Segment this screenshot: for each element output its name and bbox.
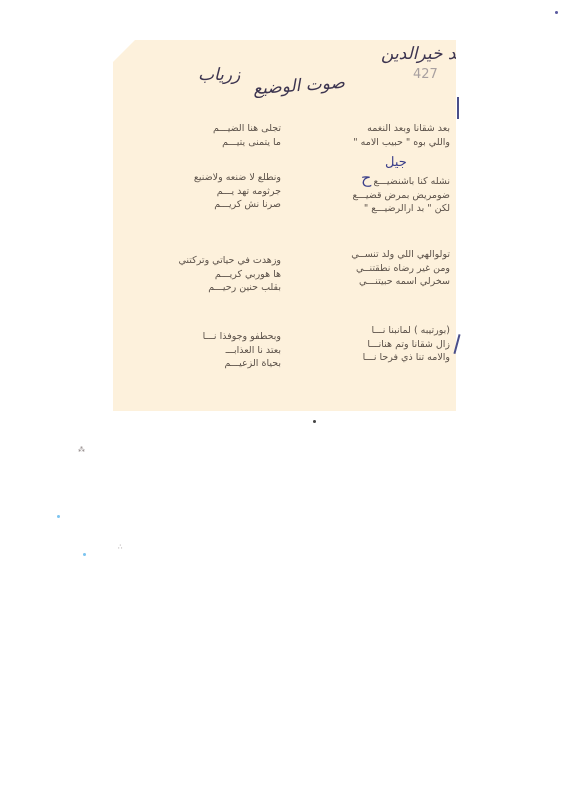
verse-line: ومن غير رضاه نطقتنــي: [351, 262, 450, 276]
right-stanza-3: تولوالهي اللي ولد تنســي ومن غير رضاه نط…: [351, 248, 450, 289]
inserted-word-annotation: جيل: [385, 155, 407, 170]
verse-line: ها هوربي كريـــم: [179, 268, 281, 282]
left-stanza-2: ونطلع لا ضنعه ولاضنيع جرثومه تهد يـــم ص…: [194, 171, 281, 212]
song-title: صوت الوضيع: [252, 73, 345, 99]
verse-line: واللي بوه " حبيب الامه ": [353, 136, 450, 150]
reference-number: 427: [413, 67, 438, 82]
verse-line: بعد شقانا وبعد النغمه: [353, 122, 450, 136]
verse-line: لكن " بد ارالرضيـــع ": [352, 202, 450, 216]
verse-line: بقلب حنين رحيـــم: [179, 281, 281, 295]
verse-line: وزهدت في حياتي وتركتني: [179, 254, 281, 268]
singer-name: زرياب: [198, 65, 240, 85]
margin-mark: [457, 97, 459, 119]
verse-line: (بورتيبه ) لمانبنا نـــا: [363, 324, 450, 338]
verse-line: زال شقانا وتم هنانـــا: [363, 338, 450, 352]
verse-line: تجلى هنا الضيـــم: [213, 122, 281, 136]
verse-line: صرنا نش كريـــم: [194, 198, 281, 212]
scan-dot: [57, 515, 60, 518]
right-stanza-4: (بورتيبه ) لمانبنا نـــا زال شقانا وتم ه…: [363, 324, 450, 365]
verse-line: تولوالهي اللي ولد تنســي: [351, 248, 450, 262]
verse-line: سخرلي اسمه حبيتنـــي: [351, 275, 450, 289]
scan-dot: [555, 11, 558, 14]
verse-line: نشله كنا باشنضيـــع: [352, 175, 450, 189]
left-stanza-3: وزهدت في حياتي وتركتني ها هوربي كريـــم …: [179, 254, 281, 295]
left-stanza-4: وبحطفو وجوفذا نـــا بعتد نا العذابـــ بح…: [203, 330, 281, 371]
scan-speck: ∴: [118, 543, 122, 551]
verse-line: ما يتمنى يتيـــم: [213, 136, 281, 150]
left-stanza-1: تجلى هنا الضيـــم ما يتمنى يتيـــم: [213, 122, 281, 149]
verse-line: والامه تنا ذي فرحا نـــا: [363, 351, 450, 365]
scanned-document-page: زرياب صوت الوضيع أحمد خيرالدين 427 جيل ح…: [113, 40, 456, 411]
right-stanza-1: بعد شقانا وبعد النغمه واللي بوه " حبيب ا…: [353, 122, 450, 149]
verse-line: وبحطفو وجوفذا نـــا: [203, 330, 281, 344]
verse-line: ضومريض بمرض قضيـــع: [352, 189, 450, 203]
scan-speck: ⁂: [78, 446, 85, 454]
scan-dot: [313, 420, 316, 423]
verse-line: بحياة الزعيـــم: [203, 357, 281, 371]
scan-dot: [83, 553, 86, 556]
author-name: أحمد خيرالدين: [381, 44, 482, 64]
verse-line: بعتد نا العذابـــ: [203, 344, 281, 358]
right-stanza-2: نشله كنا باشنضيـــع ضومريض بمرض قضيـــع …: [352, 175, 450, 216]
verse-line: جرثومه تهد يـــم: [194, 185, 281, 199]
verse-line: ونطلع لا ضنعه ولاضنيع: [194, 171, 281, 185]
